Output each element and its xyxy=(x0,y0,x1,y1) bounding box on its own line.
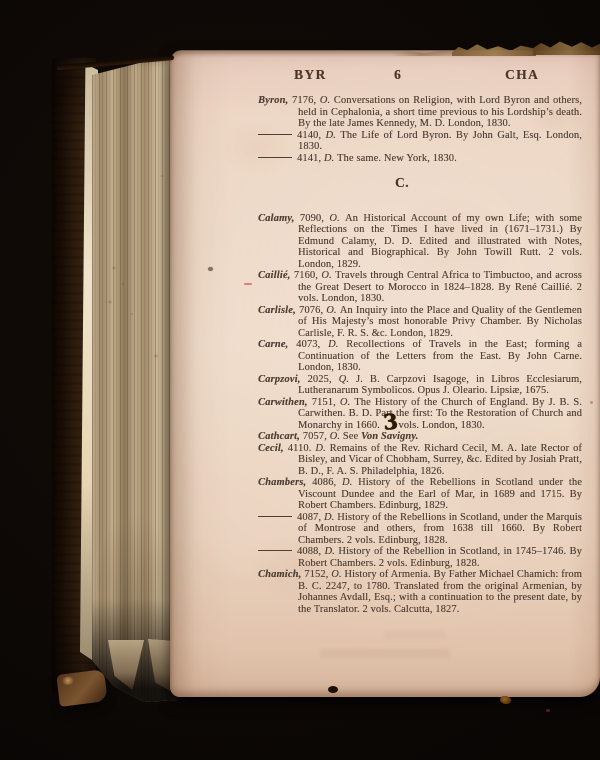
entry-size-letter: D. xyxy=(342,477,358,488)
entry-number: 4110. xyxy=(288,443,316,454)
entry-headword: Chamich, xyxy=(258,569,304,580)
catalog-entry: Carlisle, 7076, O. An Inquiry into the P… xyxy=(258,305,582,340)
page-number: 6 xyxy=(394,69,401,81)
catalog-entry: 4141, D. The same. New York, 1830. xyxy=(258,153,582,165)
entry-size-letter: D. xyxy=(328,339,346,350)
entry-headword: Carwithen, xyxy=(258,397,312,408)
page-edge-stack xyxy=(92,56,178,702)
entry-text: History of the Rebellions in Scotland, u… xyxy=(298,512,582,546)
entry-size-letter: O. xyxy=(331,569,344,580)
entry-text: An Inquiry into the Place and Quality of… xyxy=(298,305,582,339)
running-header: BYR 6 CHA xyxy=(258,69,582,84)
catalog-entry: 4088, D. History of the Rebellion in Sco… xyxy=(258,546,582,569)
show-through-smudge xyxy=(385,631,445,639)
entry-number: 7076, xyxy=(299,305,326,316)
ink-blot: 3 xyxy=(383,421,396,422)
entry-headword: Calamy, xyxy=(258,213,300,224)
text-column: BYR 6 CHA Byron, 7176, O. Conversations … xyxy=(258,69,582,615)
entry-size-letter: D. xyxy=(324,512,337,523)
entry-number: 2025, xyxy=(308,374,339,385)
catalog-entry: Chambers, 4086, D. History of the Rebell… xyxy=(258,477,582,512)
entry-number: 7151, xyxy=(312,397,340,408)
entry-headword: Carne, xyxy=(258,339,296,350)
repeat-author-dash xyxy=(258,134,292,135)
book-cover-corner xyxy=(56,669,108,707)
entry-number: 7057, xyxy=(303,431,330,442)
entries: Byron, 7176, O. Conversations on Religio… xyxy=(258,95,582,615)
foxing-spot xyxy=(590,401,593,404)
catalog-entry: Carwithen, 7151, O. The History of the C… xyxy=(258,397,582,432)
entry-text: The Life of Lord Byron. By John Galt, Es… xyxy=(298,130,582,153)
catalog-entry: Carne, 4073, D. Recollections of Travels… xyxy=(258,339,582,374)
entry-text: See xyxy=(343,431,361,442)
catalog-entry: Byron, 7176, O. Conversations on Religio… xyxy=(258,95,582,130)
entry-size-letter: O. xyxy=(329,213,345,224)
entry-text: History of the Rebellion in Scotland, in… xyxy=(298,546,582,569)
entry-size-letter: O. xyxy=(320,95,334,106)
entry-headword: Carlisle, xyxy=(258,305,299,316)
entry-headword: Carpzovi, xyxy=(258,374,308,385)
entry-size-letter: O. xyxy=(340,397,354,408)
repeat-author-dash xyxy=(258,516,292,517)
entry-number: 7160, xyxy=(294,270,321,281)
catalog-entry: Calamy, 7090, O. An Historical Account o… xyxy=(258,213,582,271)
photo-background: BYR 6 CHA Byron, 7176, O. Conversations … xyxy=(0,0,600,760)
deckle-grunge xyxy=(533,40,600,55)
entry-number: 4073, xyxy=(296,339,328,350)
section-heading: C. xyxy=(240,177,564,189)
entry-size-letter: O. xyxy=(326,305,340,316)
entry-size-letter: D. xyxy=(326,130,341,141)
entry-size-letter: D. xyxy=(315,443,329,454)
entry-size-letter: O. xyxy=(330,431,343,442)
entry-headword: Cathcart, xyxy=(258,431,303,442)
foxing-spot xyxy=(208,267,213,271)
entry-number: 4086, xyxy=(312,477,342,488)
header-left-catchword: BYR xyxy=(294,69,327,81)
catalog-entry: Caillié, 7160, O. Travels through Centra… xyxy=(258,270,582,305)
catalog-entry: Chamich, 7152, O. History of Armenia. By… xyxy=(258,569,582,615)
catalog-entry: 4140, D. The Life of Lord Byron. By John… xyxy=(258,130,582,153)
entry-number: 4088, xyxy=(297,546,325,557)
entry-headword: Chambers, xyxy=(258,477,312,488)
entry-headword: Caillié, xyxy=(258,270,294,281)
book-page: BYR 6 CHA Byron, 7176, O. Conversations … xyxy=(170,50,600,697)
entry-text: Remains of the Rev. Richard Cecil, M. A.… xyxy=(298,443,582,477)
catalog-entry: Cecil, 4110. D. Remains of the Rev. Rich… xyxy=(258,443,582,478)
catalog-entry: Carpzovi, 2025, Q. J. B. Carpzovi Isagog… xyxy=(258,374,582,397)
entry-text: Conversations on Religion, with Lord Byr… xyxy=(298,95,582,129)
debris-speck xyxy=(546,709,550,712)
entry-headword: Cecil, xyxy=(258,443,288,454)
page-edge-nick xyxy=(328,686,338,693)
entry-number: 7152, xyxy=(304,569,331,580)
entry-text: vols. London, 1830. xyxy=(396,420,485,431)
show-through-smudge xyxy=(320,649,450,658)
entry-headword: Byron, xyxy=(258,95,292,106)
red-pencil-mark xyxy=(244,283,252,285)
entry-text: The same. New York, 1830. xyxy=(337,153,457,164)
entry-number: 4140, xyxy=(297,130,326,141)
header-right-catchword: CHA xyxy=(505,69,539,81)
entry-number: 4141, xyxy=(297,153,324,164)
entry-number: 7176, xyxy=(292,95,320,106)
repeat-author-dash xyxy=(258,157,292,158)
entry-size-letter: D. xyxy=(325,546,339,557)
entry-number: 4087, xyxy=(297,512,324,523)
repeat-author-dash xyxy=(258,550,292,551)
catalog-entry: Cathcart, 7057, O. See Von Savigny. xyxy=(258,431,582,443)
entry-size-letter: O. xyxy=(321,270,335,281)
entry-number: 7090, xyxy=(300,213,329,224)
entry-size-letter: D. xyxy=(324,153,337,164)
entry-size-letter: Q. xyxy=(339,374,356,385)
deckle-grunge xyxy=(452,43,536,56)
catalog-entry: 4087, D. History of the Rebellions in Sc… xyxy=(258,512,582,547)
entry-text: Travels through Central Africa to Timbuc… xyxy=(298,270,582,304)
